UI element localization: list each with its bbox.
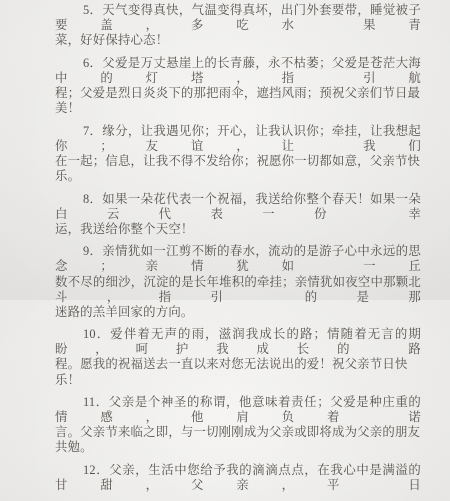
text-line: 6．父爱是万丈悬崖上的长青藤，永不枯萎；父爱是苍茫大海中的灯塔，指 引航: [55, 56, 421, 86]
paragraph-list: 5．天气变得真快，气温变得真坏，出门外套要带，睡觉被子要盖，多吃水 果青菜，好好…: [55, 3, 421, 300]
text-line: 9．亲情犹如一江剪不断的春水，流动的是游子心中永远的思念；亲情犹如 一丘: [55, 244, 421, 274]
text-line: 菜，好好保持心态！: [55, 33, 421, 48]
text-line: 程；父爱是烈日炎炎下的那把雨伞，遮挡风雨；预祝父亲们节日最美！: [55, 86, 421, 116]
paragraph-8: 8．如果一朵花代表一个祝福，我送给你整个春天！如果一朵白云代表一份 幸运，我送给…: [55, 192, 421, 237]
document-page: 5．天气变得真快，气温变得真坏，出门外套要带，睡觉被子要盖，多吃水 果青菜，好好…: [0, 0, 450, 300]
paragraph-6: 6．父爱是万丈悬崖上的长青藤，永不枯萎；父爱是苍茫大海中的灯塔，指 引航程；父爱…: [55, 56, 421, 116]
paragraph-5: 5．天气变得真快，气温变得真坏，出门外套要带，睡觉被子要盖，多吃水 果青菜，好好…: [55, 3, 421, 48]
paragraph-9: 9．亲情犹如一江剪不断的春水，流动的是游子心中永远的思念；亲情犹如 一丘数不尽的…: [55, 244, 421, 300]
paragraph-7: 7．缘分，让我遇见你；开心，让我认识你；牵挂，让我想起你；友谊，让 我们在一起；…: [55, 124, 421, 184]
text-line: 7．缘分，让我遇见你；开心，让我认识你；牵挂，让我想起你；友谊，让 我们: [55, 124, 421, 154]
text-line: 运，我送给你整个天空！: [55, 222, 421, 237]
text-line: 5．天气变得真快，气温变得真坏，出门外套要带，睡觉被子要盖，多吃水 果青: [55, 3, 421, 33]
text-line: 数不尽的细沙，沉淀的是长年堆积的牵挂；亲情犹如夜空中那颗北斗，指引 的是那: [55, 275, 421, 301]
text-line: 8．如果一朵花代表一个祝福，我送给你整个春天！如果一朵白云代表一份 幸: [55, 192, 421, 222]
text-line: 在一起；信息，让我不得不发给你；祝愿你一切都如意，父亲节快乐。: [55, 154, 421, 184]
